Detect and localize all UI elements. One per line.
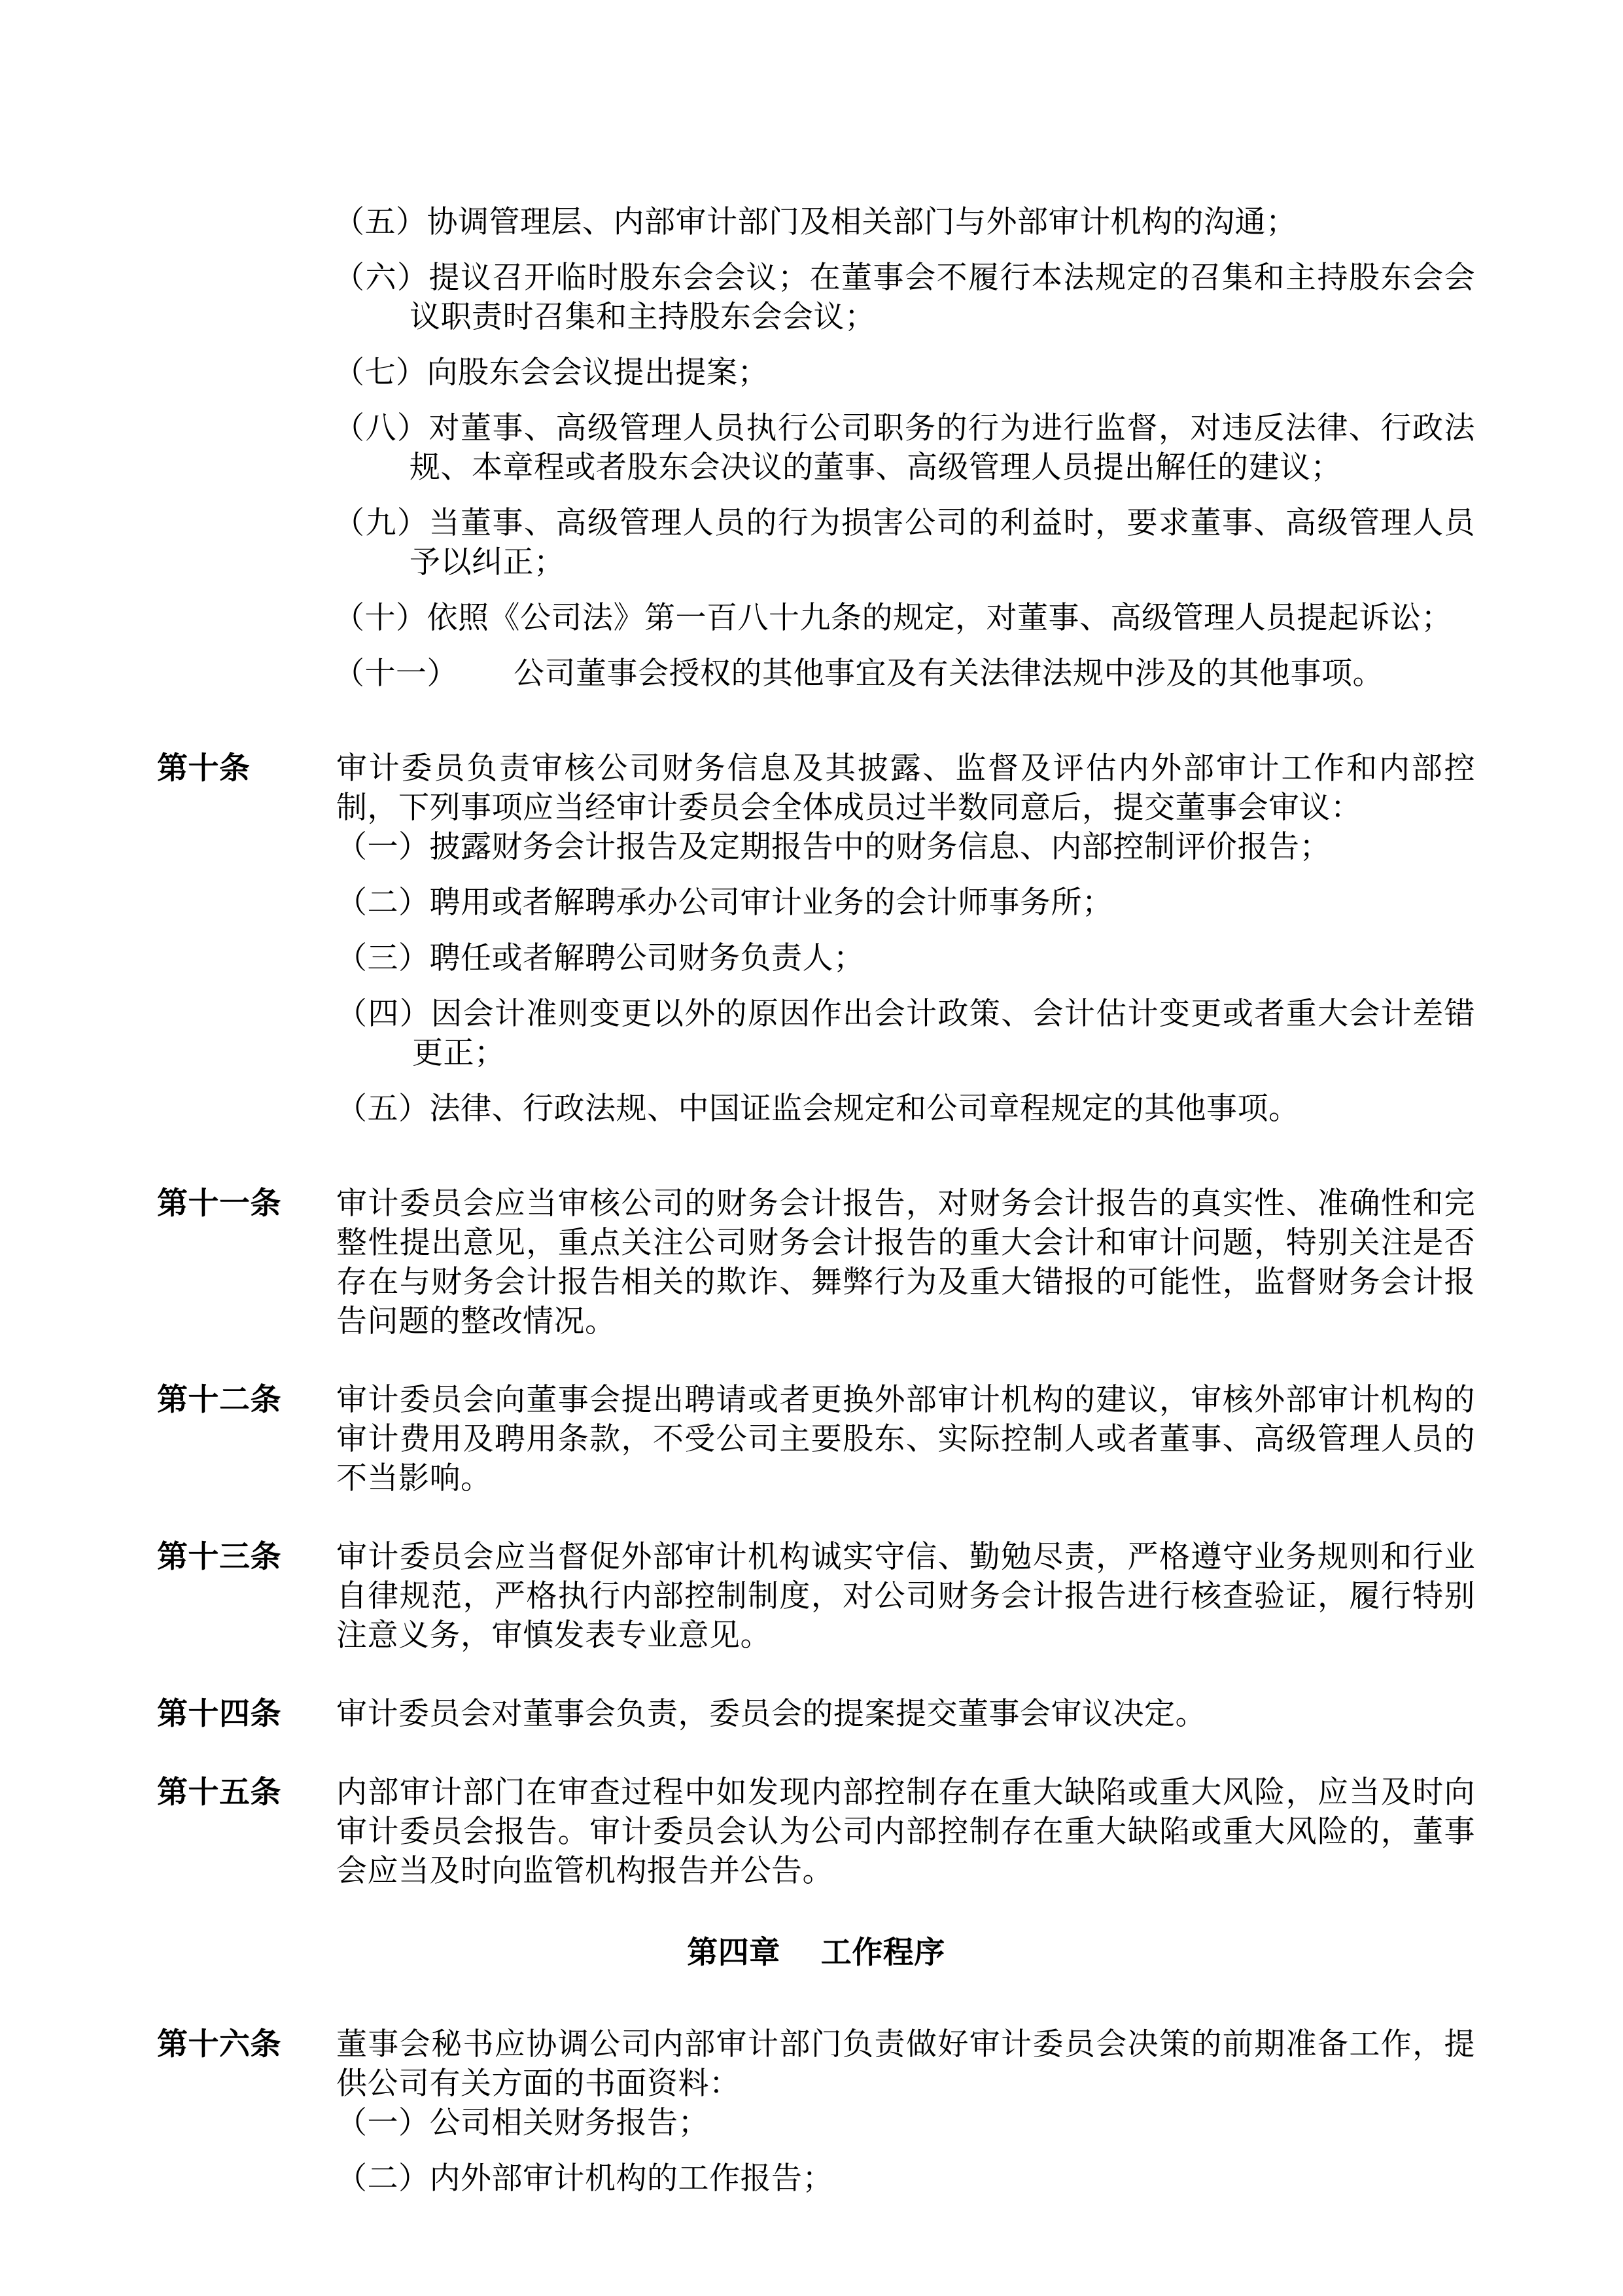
article-body: 董事会秘书应协调公司内部审计部门负责做好审计委员会决策的前期准备工作，提供公司有… (336, 2025, 1475, 2199)
document-page: （五）协调管理层、内部审计部门及相关部门与外部审计机构的沟通； （六）提议召开临… (0, 0, 1623, 2296)
chapter-title: 工作程序 (821, 1934, 945, 1973)
chapter-number: 第四章 (687, 1934, 780, 1973)
article-text: 审计委员会应当审核公司的财务会计报告，对财务会计报告的真实性、准确性和完整性提出… (336, 1184, 1475, 1341)
article-label: 第十三条 (157, 1538, 336, 1577)
article-label: 第十五条 (157, 1773, 336, 1812)
article-13: 第十三条 审计委员会应当督促外部审计机构诚实守信、勤勉尽责，严格遵守业务规则和行… (157, 1538, 1475, 1655)
article-label: 第十四条 (157, 1695, 336, 1734)
list-item: （四）因会计准则变更以外的原因作出会计政策、会计估计变更或者重大会计差错更正； (336, 995, 1475, 1073)
list-item-text: 内外部审计机构的工作报告； (430, 2162, 834, 2196)
list-item-number: （五） (334, 205, 427, 239)
list-item-number: （十） (334, 601, 427, 635)
list-item-number: （二） (336, 886, 430, 920)
article-12: 第十二条 审计委员会向董事会提出聘请或者更换外部审计机构的建议，审核外部审计机构… (157, 1381, 1475, 1498)
article-label: 第十六条 (157, 2025, 336, 2064)
chapter-heading: 第四章 工作程序 (157, 1934, 1475, 1973)
list-item-text: 协调管理层、内部审计部门及相关部门与外部审计机构的沟通； (427, 205, 1297, 239)
list-item: （一）公司相关财务报告； (336, 2104, 1475, 2143)
article-label: 第十条 (157, 749, 336, 788)
list-item: （七）向股东会会议提出提案； (334, 353, 1475, 393)
list-item: （二）内外部审计机构的工作报告； (336, 2159, 1475, 2199)
list-item-number: （八） (334, 412, 429, 446)
list-item-text: 披露财务会计报告及定期报告中的财务信息、内部控制评价报告； (430, 830, 1331, 864)
list-item: （三）聘任或者解聘公司财务负责人； (336, 939, 1475, 978)
article-text: 审计委员会对董事会负责，委员会的提案提交董事会审议决定。 (336, 1695, 1475, 1734)
list-item-text: 聘用或者解聘承办公司审计业务的会计师事务所； (430, 886, 1113, 920)
list-item: （五）协调管理层、内部审计部门及相关部门与外部审计机构的沟通； (334, 203, 1475, 242)
article-label: 第十二条 (157, 1381, 336, 1420)
article-body: 审计委员会对董事会负责，委员会的提案提交董事会审议决定。 (336, 1695, 1475, 1734)
article-intro: 审计委员负责审核公司财务信息及其披露、监督及评估内外部审计工作和内部控制，下列事… (336, 749, 1475, 828)
list-item: （二）聘用或者解聘承办公司审计业务的会计师事务所； (336, 883, 1475, 923)
page-content: （五）协调管理层、内部审计部门及相关部门与外部审计机构的沟通； （六）提议召开临… (0, 0, 1623, 2199)
list-item-number: （四） (336, 997, 431, 1031)
article-15: 第十五条 内部审计部门在审查过程中如发现内部控制存在重大缺陷或重大风险，应当及时… (157, 1773, 1475, 1891)
list-item-text: 向股东会会议提出提案； (427, 356, 769, 390)
article-body: 审计委员会应当审核公司的财务会计报告，对财务会计报告的真实性、准确性和完整性提出… (336, 1184, 1475, 1341)
list-item-number: （一） (336, 830, 430, 864)
list-item-number: （七） (334, 356, 427, 390)
list-item-text: 提议召开临时股东会会议；在董事会不履行本法规定的召集和主持股东会会议职责时召集和… (410, 261, 1475, 334)
list-item-text: 因会计准则变更以外的原因作出会计政策、会计估计变更或者重大会计差错更正； (412, 997, 1475, 1070)
list-item: （十一）公司董事会授权的其他事宜及有关法律法规中涉及的其他事项。 (334, 654, 1475, 694)
list-item-number: （二） (336, 2162, 430, 2196)
list-item-number: （一） (336, 2106, 430, 2140)
list-item-text: 对董事、高级管理人员执行公司职务的行为进行监督，对违反法律、行政法规、本章程或者… (410, 412, 1475, 485)
list-item-text: 当董事、高级管理人员的行为损害公司的利益时，要求董事、高级管理人员予以纠正； (410, 506, 1475, 580)
list-item-number: （九） (334, 506, 429, 540)
list-item: （六）提议召开临时股东会会议；在董事会不履行本法规定的召集和主持股东会会议职责时… (334, 258, 1475, 337)
article-intro: 董事会秘书应协调公司内部审计部门负责做好审计委员会决策的前期准备工作，提供公司有… (336, 2025, 1475, 2104)
list-item-number: （十一） (334, 657, 458, 691)
list-item: （九）当董事、高级管理人员的行为损害公司的利益时，要求董事、高级管理人员予以纠正… (334, 504, 1475, 582)
article-text: 内部审计部门在审查过程中如发现内部控制存在重大缺陷或重大风险，应当及时向审计委员… (336, 1773, 1475, 1891)
article-body: 内部审计部门在审查过程中如发现内部控制存在重大缺陷或重大风险，应当及时向审计委员… (336, 1773, 1475, 1891)
list-item-text: 公司董事会授权的其他事宜及有关法律法规中涉及的其他事项。 (514, 657, 1384, 691)
article-label: 第十一条 (157, 1184, 336, 1224)
article-body: 审计委员会向董事会提出聘请或者更换外部审计机构的建议，审核外部审计机构的审计费用… (336, 1381, 1475, 1498)
list-item-number: （三） (336, 942, 430, 976)
article-body: 审计委员会应当督促外部审计机构诚实守信、勤勉尽责，严格遵守业务规则和行业自律规范… (336, 1538, 1475, 1655)
article-body: 审计委员负责审核公司财务信息及其披露、监督及评估内外部审计工作和内部控制，下列事… (336, 749, 1475, 1129)
list-item-number: （六） (334, 261, 429, 295)
article-text: 审计委员会应当督促外部审计机构诚实守信、勤勉尽责，严格遵守业务规则和行业自律规范… (336, 1538, 1475, 1655)
list-item: （五）法律、行政法规、中国证监会规定和公司章程规定的其他事项。 (336, 1089, 1475, 1129)
article-10: 第十条 审计委员负责审核公司财务信息及其披露、监督及评估内外部审计工作和内部控制… (157, 749, 1475, 1129)
article-11: 第十一条 审计委员会应当审核公司的财务会计报告，对财务会计报告的真实性、准确性和… (157, 1184, 1475, 1341)
list-item: （十）依照《公司法》第一百八十九条的规定，对董事、高级管理人员提起诉讼； (334, 599, 1475, 638)
article-14: 第十四条 审计委员会对董事会负责，委员会的提案提交董事会审议决定。 (157, 1695, 1475, 1734)
continuation-list: （五）协调管理层、内部审计部门及相关部门与外部审计机构的沟通； （六）提议召开临… (334, 203, 1475, 694)
article-16: 第十六条 董事会秘书应协调公司内部审计部门负责做好审计委员会决策的前期准备工作，… (157, 2025, 1475, 2199)
list-item-number: （五） (336, 1092, 430, 1126)
list-item: （八）对董事、高级管理人员执行公司职务的行为进行监督，对违反法律、行政法规、本章… (334, 409, 1475, 487)
list-item: （一）披露财务会计报告及定期报告中的财务信息、内部控制评价报告； (336, 828, 1475, 867)
list-item-text: 依照《公司法》第一百八十九条的规定，对董事、高级管理人员提起诉讼； (427, 601, 1453, 635)
article-text: 审计委员会向董事会提出聘请或者更换外部审计机构的建议，审核外部审计机构的审计费用… (336, 1381, 1475, 1498)
list-item-text: 法律、行政法规、中国证监会规定和公司章程规定的其他事项。 (430, 1092, 1300, 1126)
list-item-text: 聘任或者解聘公司财务负责人； (430, 942, 865, 976)
list-item-text: 公司相关财务报告； (430, 2106, 710, 2140)
